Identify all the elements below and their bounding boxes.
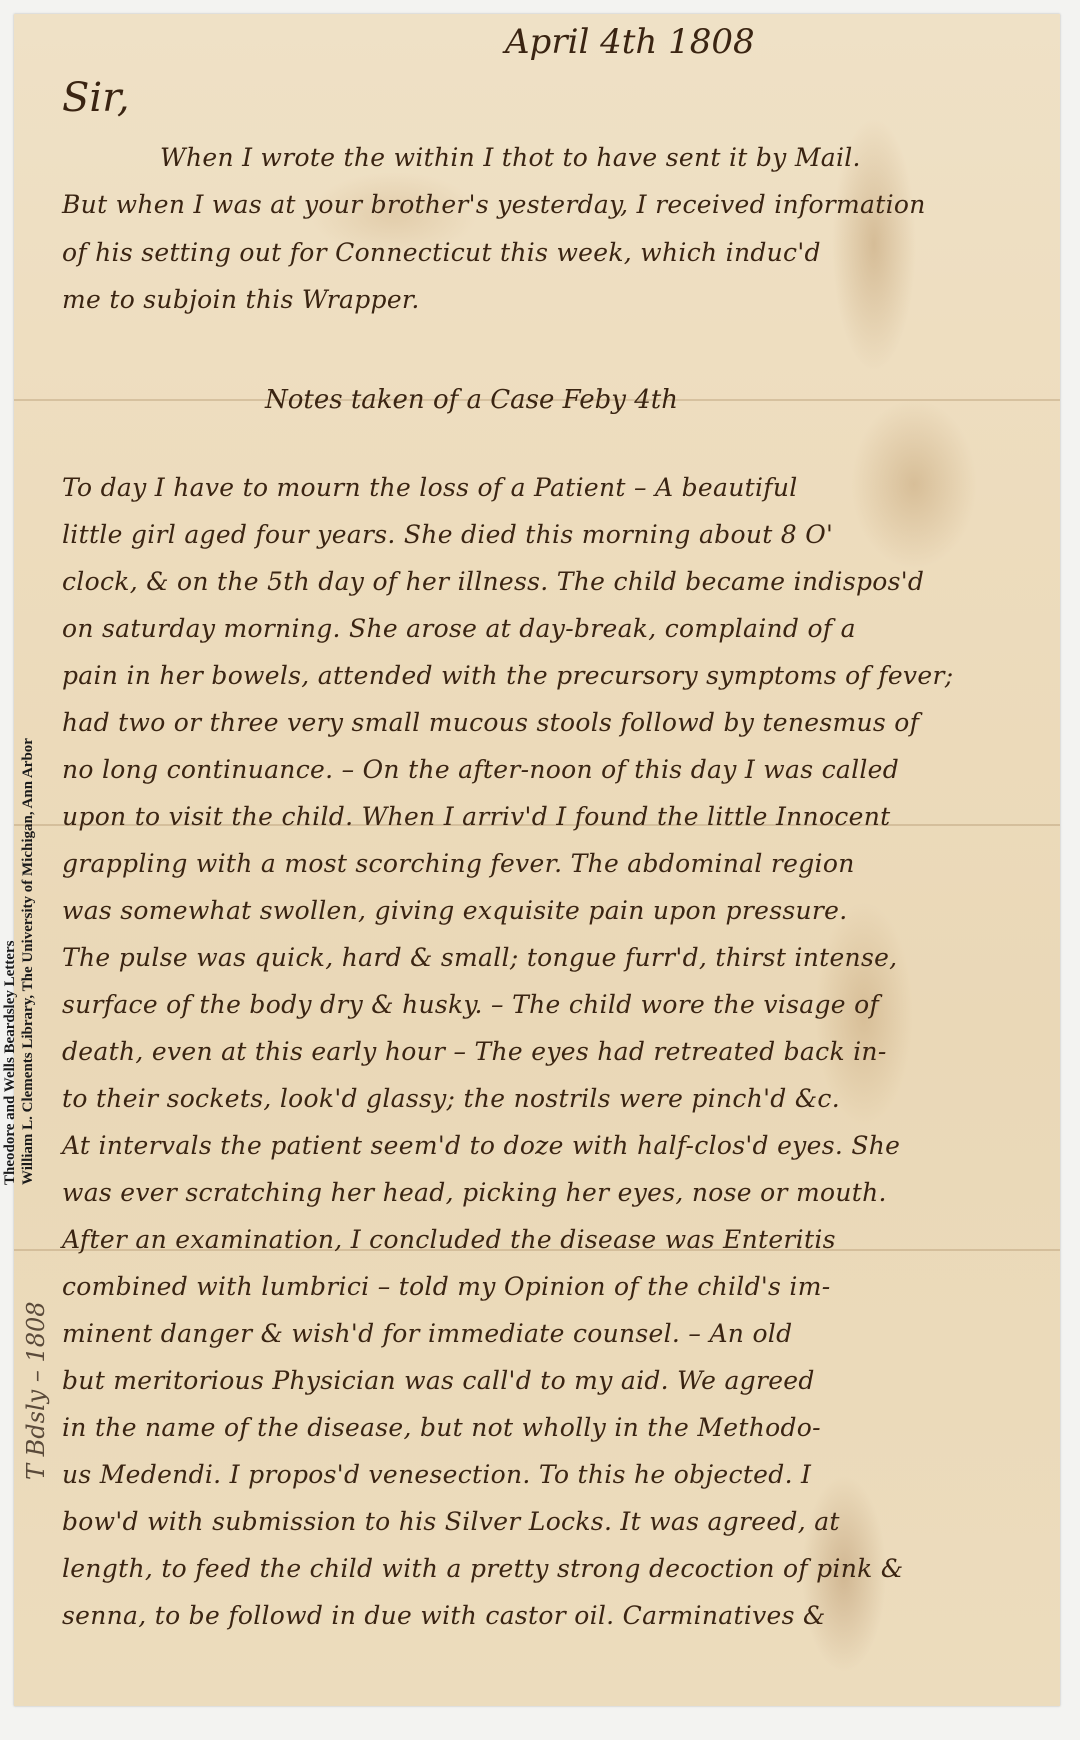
- body-line: was ever scratching her head, picking he…: [62, 1178, 887, 1207]
- body-line: After an examination, I concluded the di…: [62, 1225, 836, 1254]
- body-line: upon to visit the child. When I arriv'd …: [62, 802, 890, 831]
- body-line: on saturday morning. She arose at day-br…: [62, 614, 856, 643]
- body-line: At intervals the patient seem'd to doze …: [62, 1131, 900, 1160]
- body-line: grappling with a most scorching fever. T…: [62, 849, 855, 878]
- body-line: The pulse was quick, hard & small; tongu…: [62, 943, 897, 972]
- body-line: had two or three very small mucous stool…: [62, 708, 919, 737]
- body-line: To day I have to mourn the loss of a Pat…: [62, 473, 798, 502]
- body-line: was somewhat swollen, giving exquisite p…: [62, 896, 847, 925]
- intro-line: When I wrote the within I thot to have s…: [160, 143, 861, 172]
- intro-line: me to subjoin this Wrapper.: [62, 285, 420, 314]
- body-line: in the name of the disease, but not whol…: [62, 1413, 821, 1442]
- margin-docket-note: T Bdsly – 1808: [22, 1301, 50, 1480]
- salutation: Sir,: [62, 75, 130, 121]
- archive-credit-library: William L. Clements Library, The Univers…: [20, 738, 37, 1185]
- notes-heading: Notes taken of a Case Feby 4th: [265, 385, 678, 415]
- body-line: clock, & on the 5th day of her illness. …: [62, 567, 924, 596]
- body-line: no long continuance. – On the after-noon…: [62, 755, 899, 784]
- letter-date: April 4th 1808: [505, 22, 755, 62]
- body-line: to their sockets, look'd glassy; the nos…: [62, 1084, 840, 1113]
- body-line: length, to feed the child with a pretty …: [62, 1554, 903, 1583]
- body-line: pain in her bowels, attended with the pr…: [62, 661, 953, 690]
- archive-credit-collection: Theodore and Wells Beardsley Letters: [2, 941, 19, 1185]
- body-line: surface of the body dry & husky. – The c…: [62, 990, 879, 1019]
- body-line: senna, to be followd in due with castor …: [62, 1601, 826, 1630]
- body-line: but meritorious Physician was call'd to …: [62, 1366, 815, 1395]
- body-line: little girl aged four years. She died th…: [62, 520, 833, 549]
- body-line: minent danger & wish'd for immediate cou…: [62, 1319, 792, 1348]
- intro-line: of his setting out for Connecticut this …: [62, 238, 821, 267]
- body-line: death, even at this early hour – The eye…: [62, 1037, 887, 1066]
- body-line: combined with lumbrici – told my Opinion…: [62, 1272, 830, 1301]
- body-line: us Medendi. I propos'd venesection. To t…: [62, 1460, 811, 1489]
- intro-line: But when I was at your brother's yesterd…: [62, 190, 926, 219]
- body-line: bow'd with submission to his Silver Lock…: [62, 1507, 840, 1536]
